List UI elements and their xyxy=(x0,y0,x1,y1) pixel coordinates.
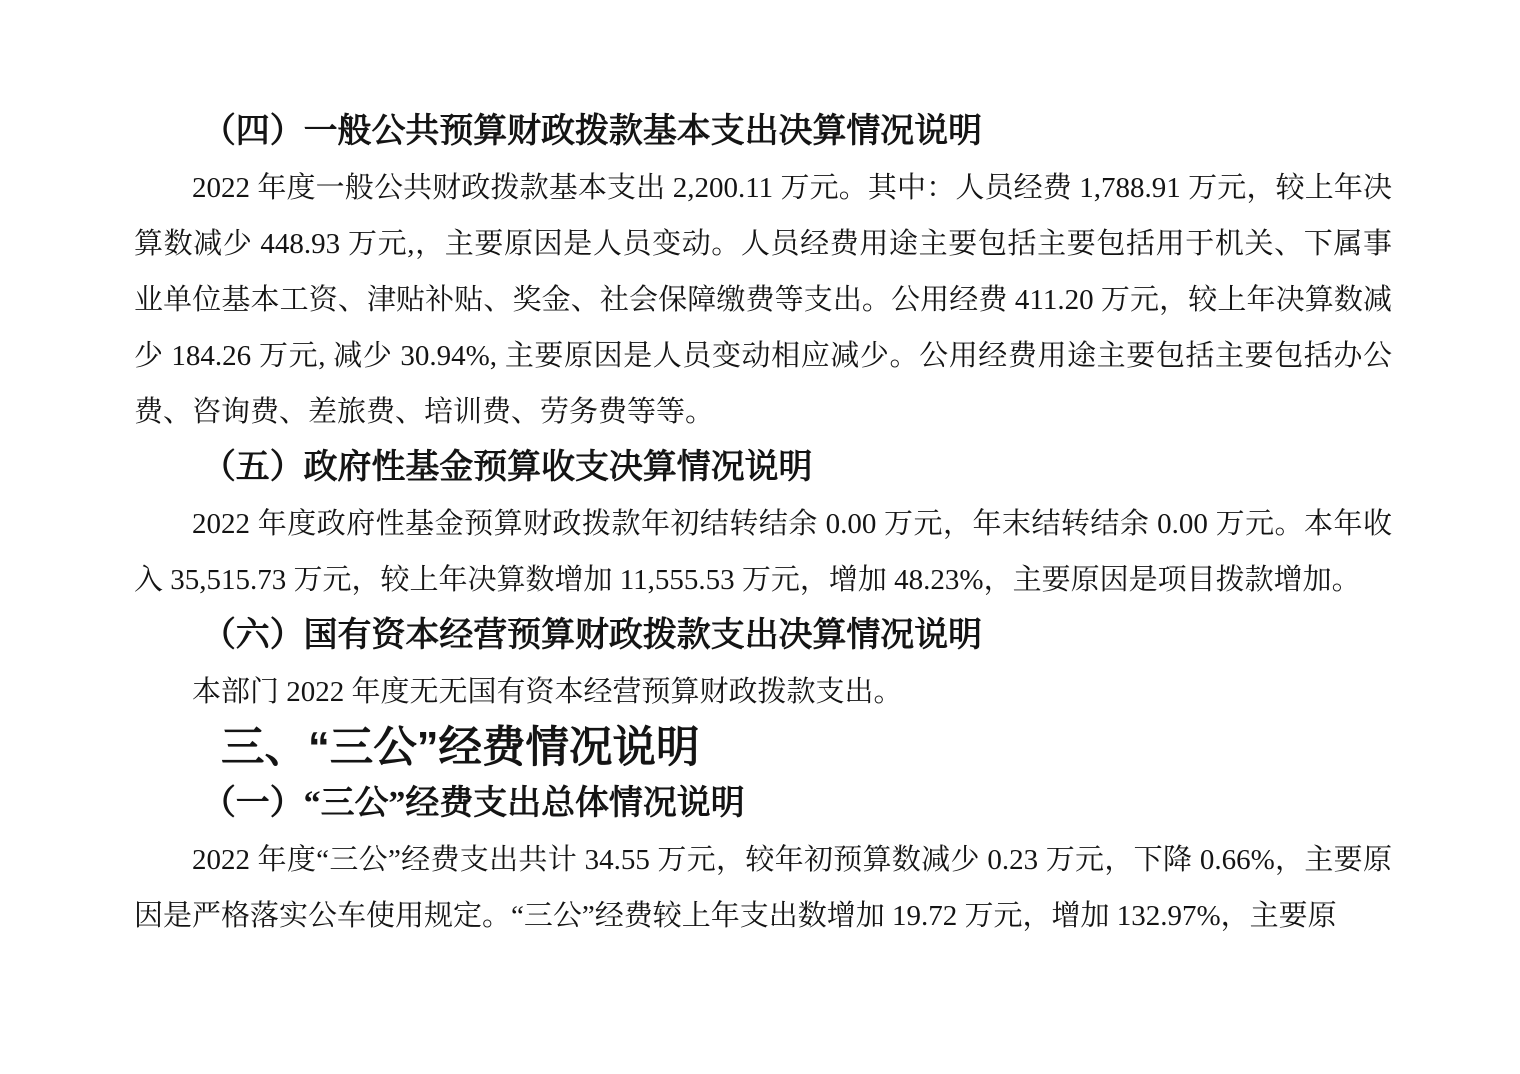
section5-paragraph: 2022 年度政府性基金预算财政拨款年初结转结余 0.00 万元，年末结转结余 … xyxy=(134,496,1392,608)
document-page: （四）一般公共预算财政拨款基本支出决算情况说明 2022 年度一般公共财政拨款基… xyxy=(0,0,1520,1074)
section4-paragraph: 2022 年度一般公共财政拨款基本支出 2,200.11 万元。其中：人员经费 … xyxy=(134,160,1392,440)
part3-section1-paragraph: 2022 年度“三公”经费支出共计 34.55 万元，较年初预算数减少 0.23… xyxy=(134,832,1392,944)
part3-heading: 三、“三公”经费情况说明 xyxy=(134,720,1392,776)
part3-section1-heading: （一）“三公”经费支出总体情况说明 xyxy=(134,776,1392,832)
section4-heading: （四）一般公共预算财政拨款基本支出决算情况说明 xyxy=(134,104,1392,160)
section5-heading: （五）政府性基金预算收支决算情况说明 xyxy=(134,440,1392,496)
section6-paragraph: 本部门 2022 年度无无国有资本经营预算财政拨款支出。 xyxy=(134,664,1392,720)
section6-heading: （六）国有资本经营预算财政拨款支出决算情况说明 xyxy=(134,608,1392,664)
